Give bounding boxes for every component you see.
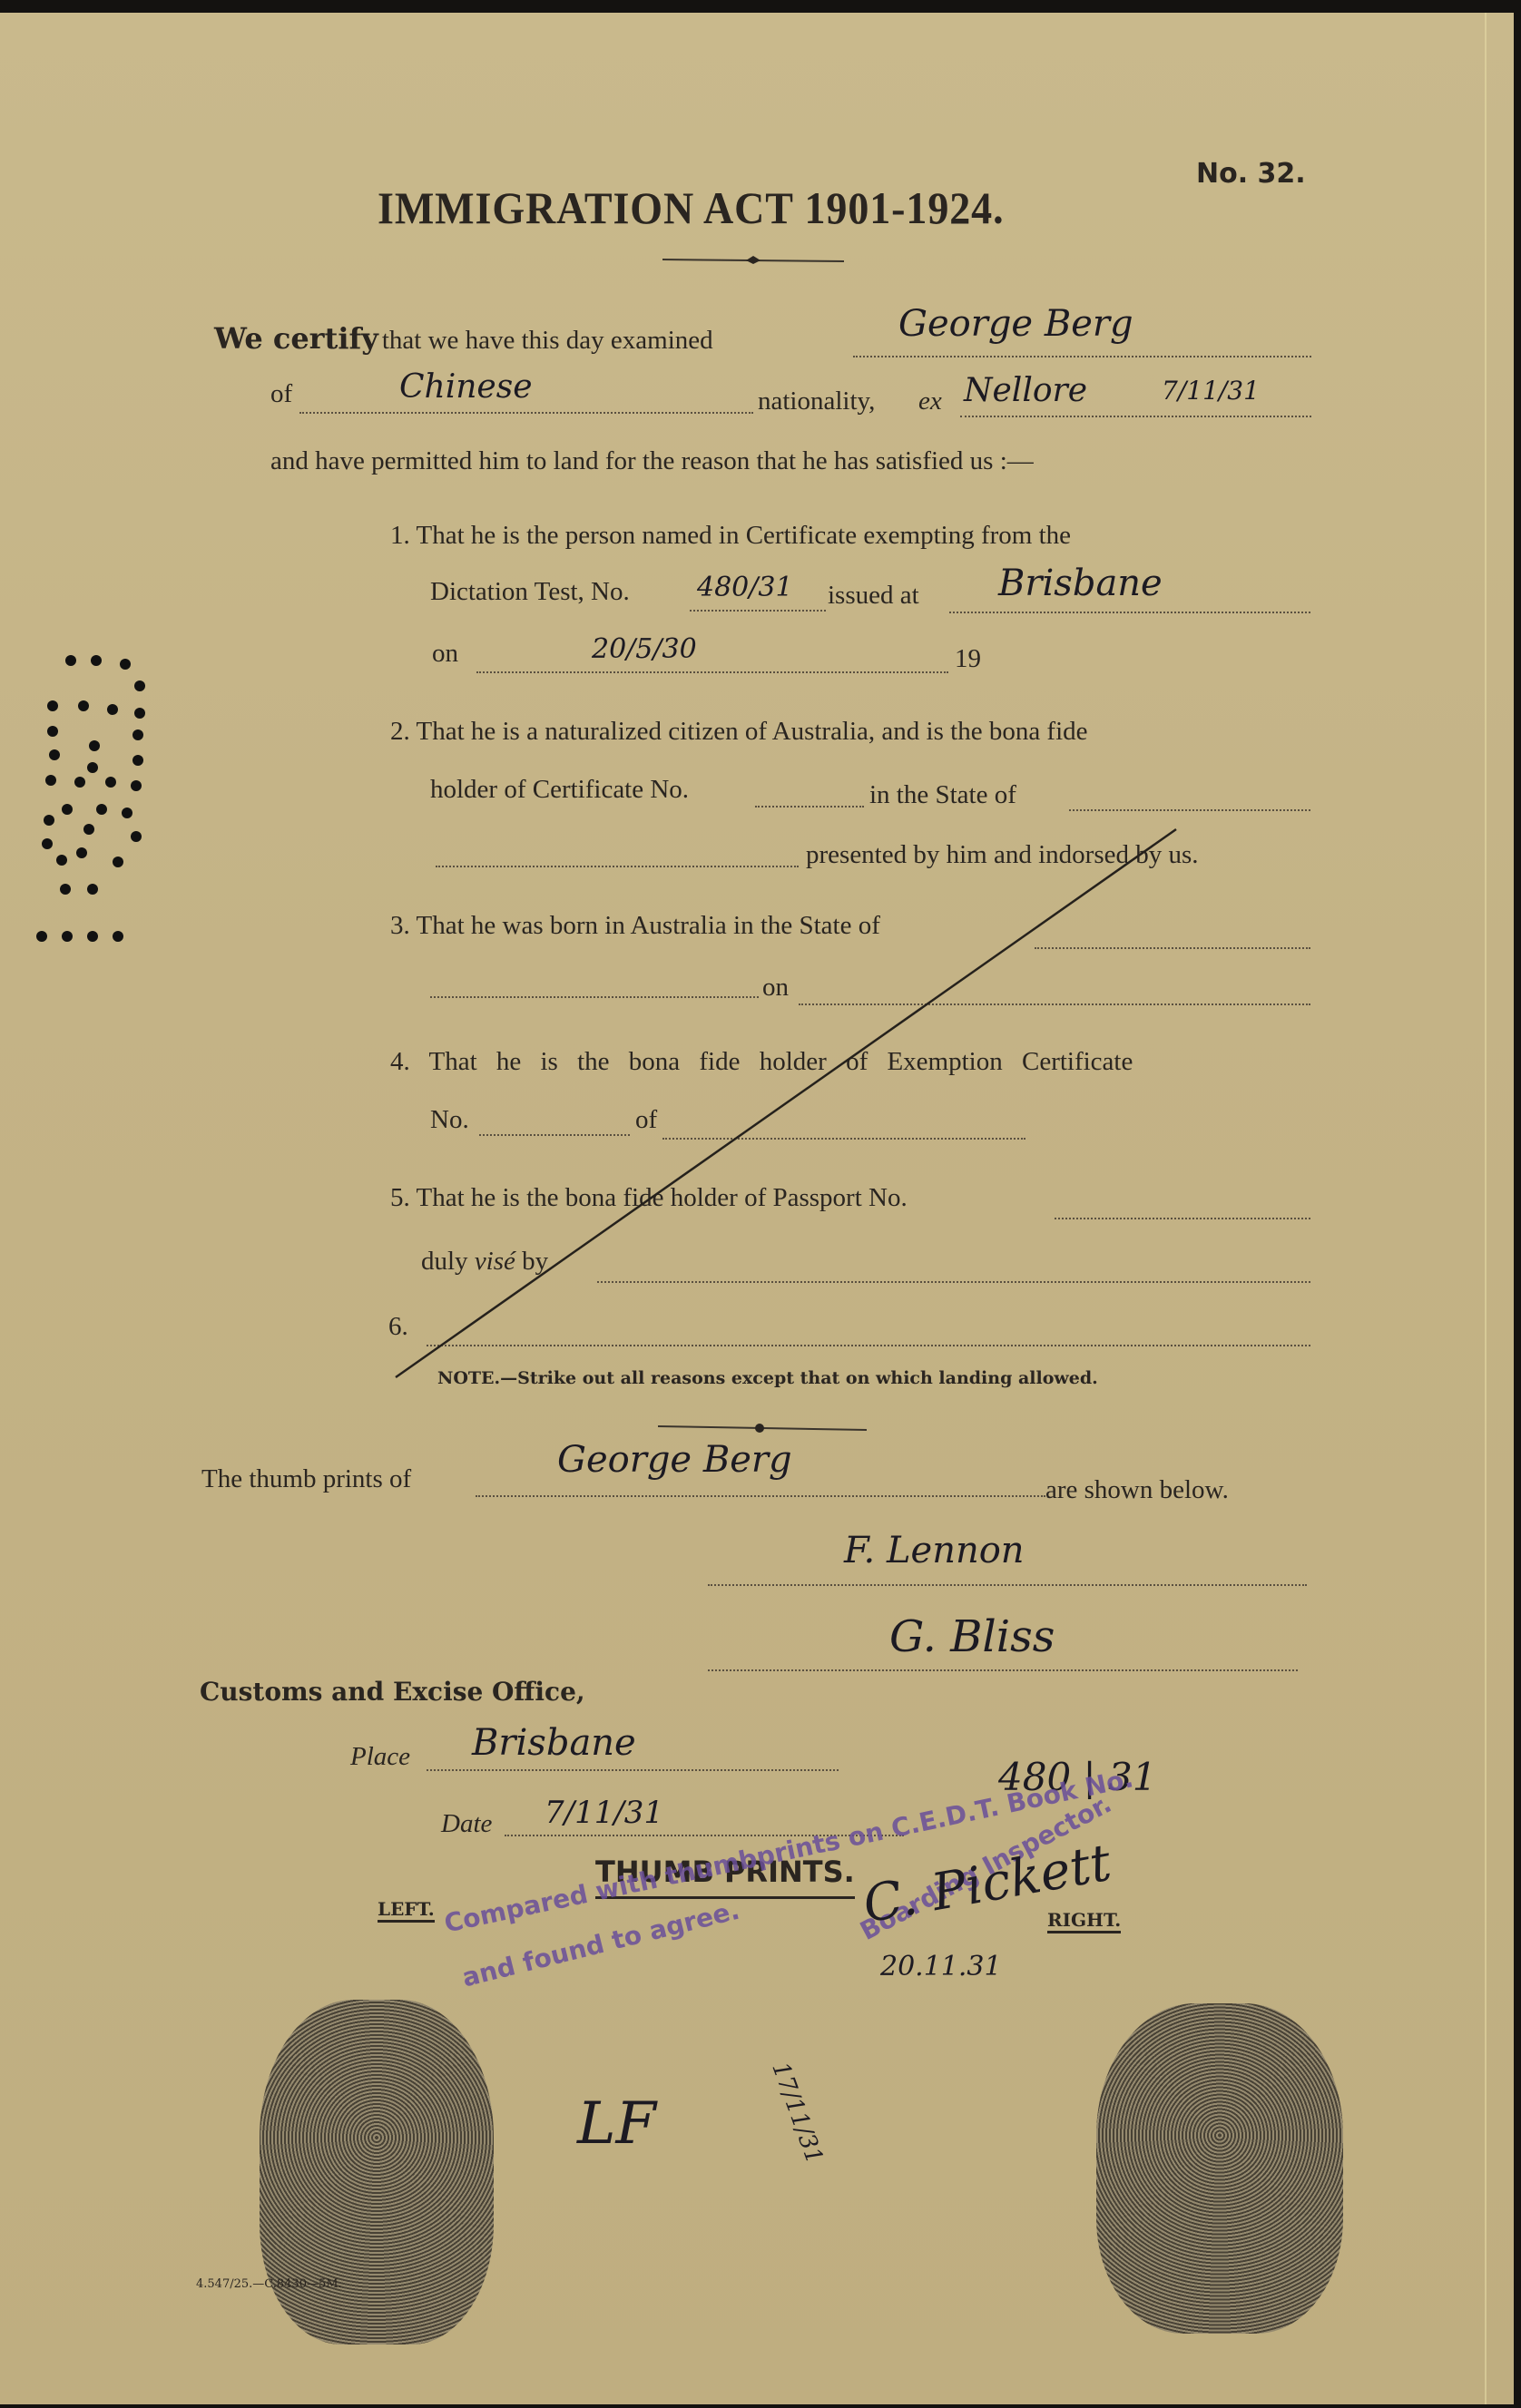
thumb-name-value: George Berg <box>557 1439 792 1481</box>
initials: LF <box>577 2090 656 2158</box>
date-label: Date <box>441 1809 492 1839</box>
right-thumbprint <box>1096 2003 1343 2334</box>
signature-1: F. Lennon <box>844 1530 1025 1571</box>
initials-date: 17/11/31 <box>766 2059 828 2168</box>
place-label: Place <box>350 1742 410 1772</box>
inspector-date: 20.11.31 <box>880 1951 1002 1982</box>
signature-line-2 <box>708 1669 1298 1671</box>
office-label: Customs and Excise Office, <box>200 1677 585 1707</box>
place-field <box>427 1769 839 1771</box>
signature-2: G. Bliss <box>889 1611 1055 1662</box>
immigration-certificate: No. 32. IMMIGRATION ACT 1901-1924. We ce… <box>0 13 1514 2404</box>
thumb-prints-label: The thumb prints of <box>201 1464 411 1494</box>
date-value: 7/11/31 <box>545 1795 663 1831</box>
thumb-name-field <box>476 1495 1045 1497</box>
place-value: Brisbane <box>472 1722 636 1764</box>
left-label: LEFT. <box>378 1898 435 1923</box>
printer-code: 4.547/25.—C.8430—5M. <box>196 2277 342 2291</box>
strike-out-line <box>0 13 1514 1464</box>
shown-below-label: are shown below. <box>1045 1475 1229 1505</box>
left-thumbprint <box>260 2000 494 2344</box>
signature-line-1 <box>708 1584 1307 1586</box>
right-label: RIGHT. <box>1047 1909 1121 1933</box>
divider-ornament <box>658 1419 867 1437</box>
